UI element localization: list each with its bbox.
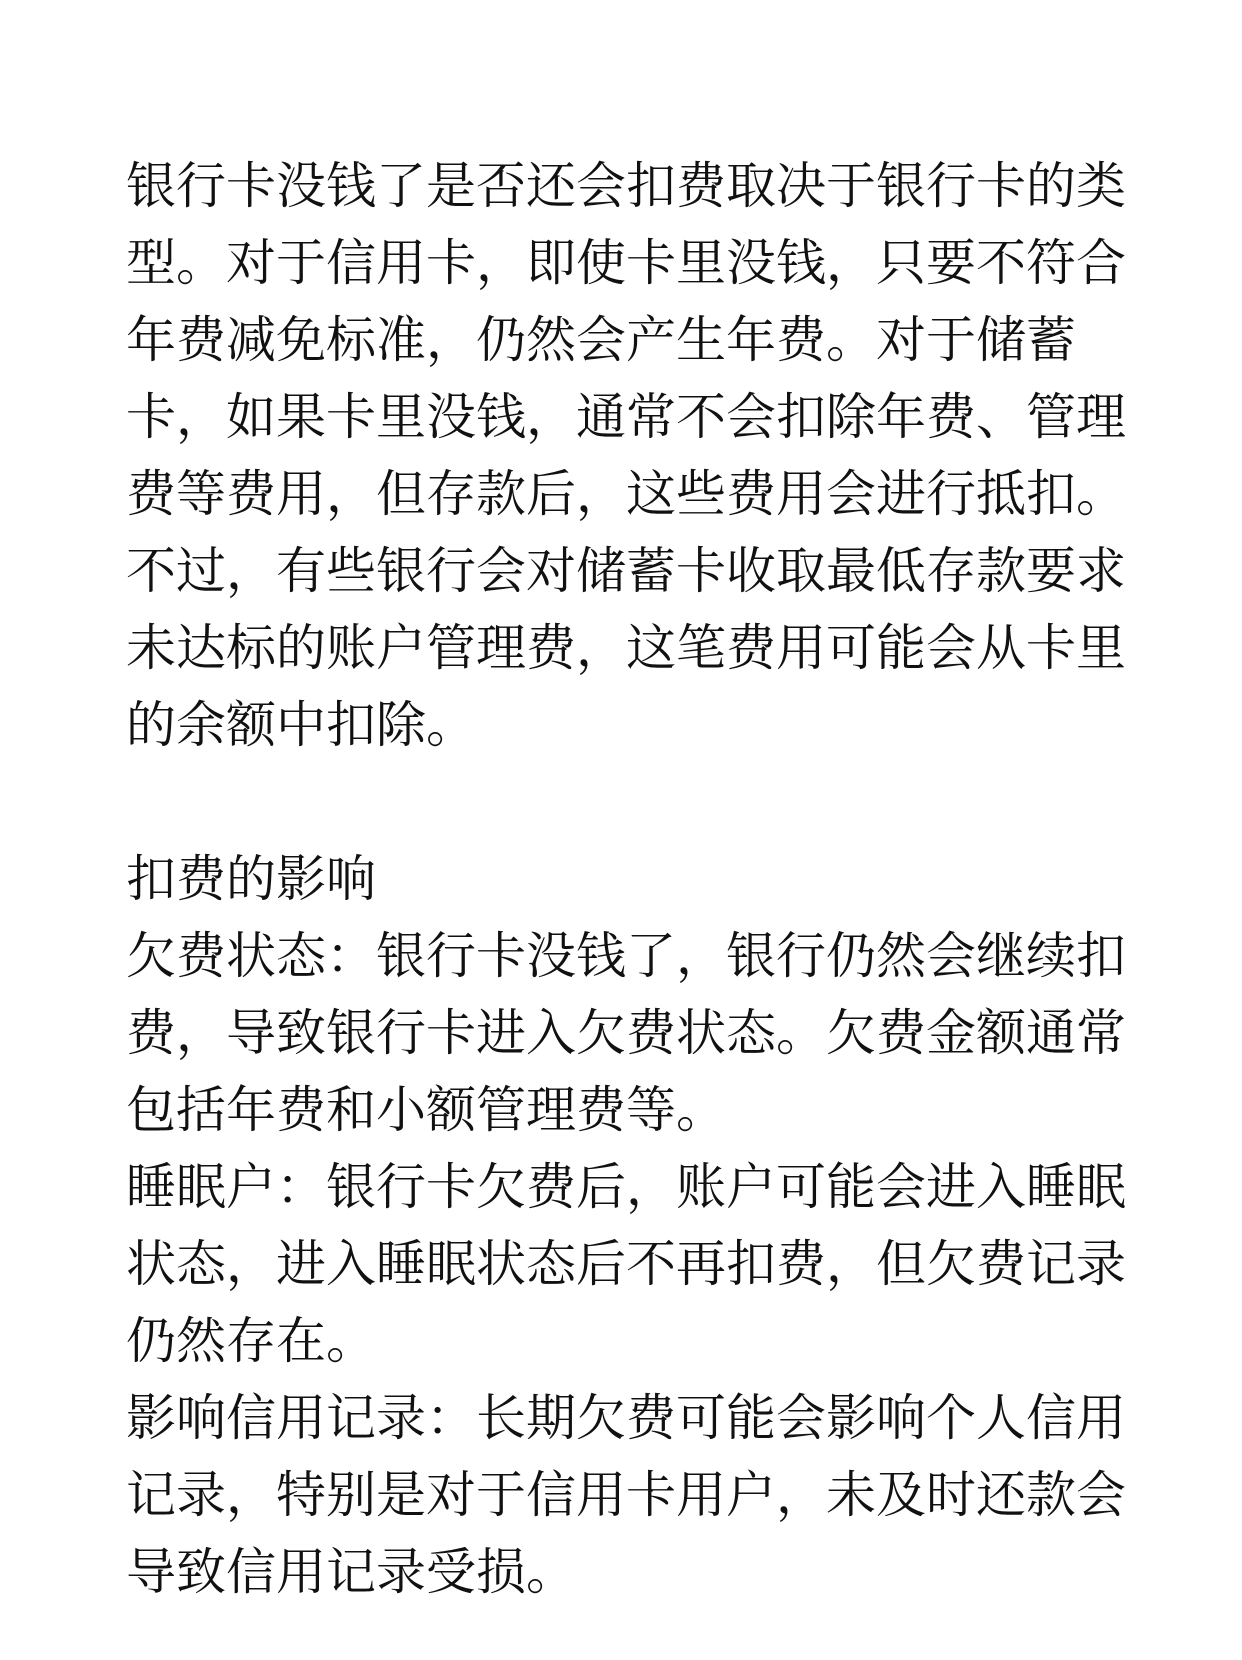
article-text: 银行卡没钱了是否还会扣费取决于银行卡的类 型。对于信用卡，即使卡里没钱，只要不符…: [126, 148, 1126, 1611]
text-line: 的余额中扣除。: [126, 687, 1126, 764]
text-line: 银行卡没钱了是否还会扣费取决于银行卡的类: [126, 148, 1126, 225]
paragraph-spacer: [126, 764, 1126, 841]
intro-paragraph: 银行卡没钱了是否还会扣费取决于银行卡的类 型。对于信用卡，即使卡里没钱，只要不符…: [126, 148, 1126, 764]
text-line: 仍然存在。: [126, 1303, 1126, 1380]
text-line: 状态，进入睡眠状态后不再扣费，但欠费记录: [126, 1226, 1126, 1303]
text-line: 欠费状态：银行卡没钱了，银行仍然会继续扣: [126, 918, 1126, 995]
text-line: 费，导致银行卡进入欠费状态。欠费金额通常: [126, 995, 1126, 1072]
text-line: 费等费用，但存款后，这些费用会进行抵扣。: [126, 456, 1126, 533]
text-line: 年费减免标准，仍然会产生年费。对于储蓄: [126, 302, 1126, 379]
text-line: 型。对于信用卡，即使卡里没钱，只要不符合: [126, 225, 1126, 302]
text-line: 导致信用记录受损。: [126, 1534, 1126, 1611]
text-line: 记录，特别是对于信用卡用户，未及时还款会: [126, 1457, 1126, 1534]
text-line: 影响信用记录：长期欠费可能会影响个人信用: [126, 1380, 1126, 1457]
section-heading: 扣费的影响: [126, 841, 1126, 918]
text-line: 睡眠户：银行卡欠费后，账户可能会进入睡眠: [126, 1149, 1126, 1226]
effects-section: 扣费的影响 欠费状态：银行卡没钱了，银行仍然会继续扣 费，导致银行卡进入欠费状态…: [126, 841, 1126, 1611]
text-line: 卡，如果卡里没钱，通常不会扣除年费、管理: [126, 379, 1126, 456]
text-line: 包括年费和小额管理费等。: [126, 1072, 1126, 1149]
text-line: 未达标的账户管理费，这笔费用可能会从卡里: [126, 610, 1126, 687]
document-page: 银行卡没钱了是否还会扣费取决于银行卡的类 型。对于信用卡，即使卡里没钱，只要不符…: [0, 0, 1242, 1660]
text-line: 不过，有些银行会对储蓄卡收取最低存款要求: [126, 533, 1126, 610]
